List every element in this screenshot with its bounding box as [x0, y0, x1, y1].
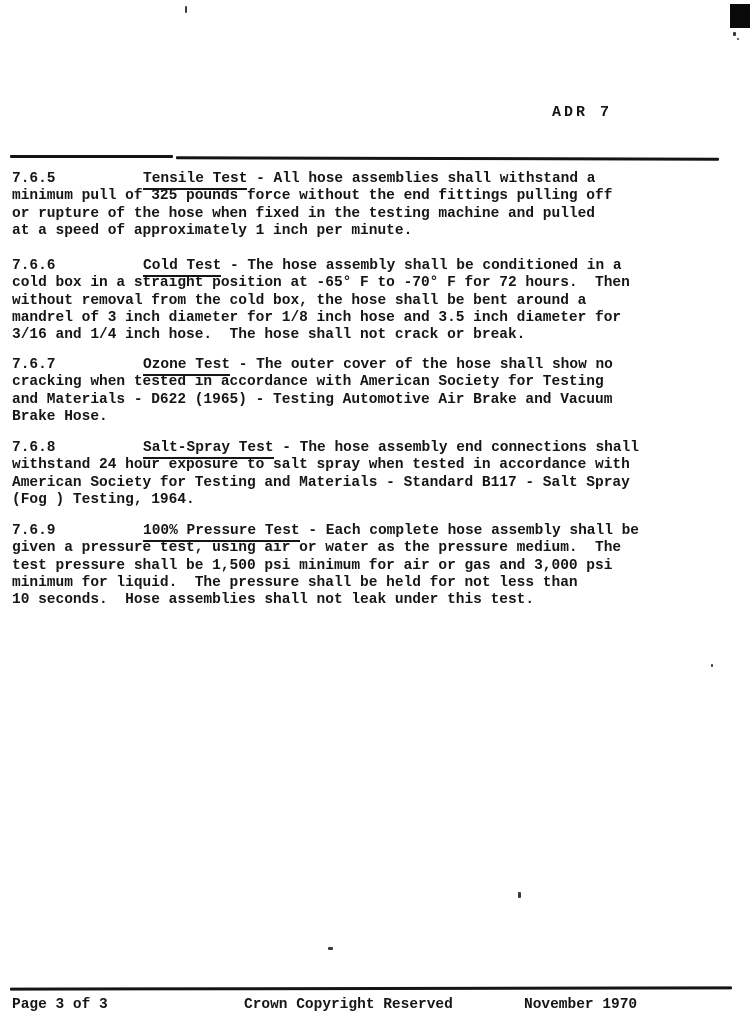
spec-section: 7.6.6Cold Test - The hose assembly shall… — [12, 258, 743, 344]
section-first-line: 7.6.5Tensile Test - All hose assemblies … — [12, 171, 743, 188]
footer-copyright: Crown Copyright Reserved — [244, 997, 453, 1013]
top-rule-segment — [176, 156, 719, 160]
section-body-line: 10 seconds. Hose assemblies shall not le… — [12, 592, 743, 609]
scan-noise-dot — [733, 32, 736, 36]
section-number: 7.6.7 — [12, 357, 143, 374]
section-body-line: cold box in a straight position at -65° … — [12, 275, 743, 292]
section-body-line: given a pressure test, using air or wate… — [12, 540, 743, 557]
section-first-line: 7.6.9100% Pressure Test - Each complete … — [12, 523, 743, 540]
section-body-line: 3/16 and 1/4 inch hose. The hose shall n… — [12, 327, 743, 344]
section-body-line: without removal from the cold box, the h… — [12, 293, 743, 310]
section-body-line: minimum pull of 325 pounds force without… — [12, 188, 743, 205]
scan-noise-dot — [185, 6, 187, 13]
section-title-underlined: Tensile Test — [143, 171, 247, 190]
scan-noise-dot — [737, 38, 739, 40]
section-body-line: or rupture of the hose when fixed in the… — [12, 206, 743, 223]
section-first-line: 7.6.8Salt-Spray Test - The hose assembly… — [12, 440, 743, 457]
scan-noise-dot — [328, 947, 333, 950]
section-first-line: 7.6.7Ozone Test - The outer cover of the… — [12, 357, 743, 374]
footer-rule — [10, 986, 732, 990]
section-body-line: (Fog ) Testing, 1964. — [12, 492, 743, 509]
section-intro-text: - All hose assemblies shall withstand a — [247, 171, 595, 187]
section-first-line: 7.6.6Cold Test - The hose assembly shall… — [12, 258, 743, 275]
section-intro-text: - The hose assembly end connections shal… — [274, 440, 639, 456]
section-title-underlined: Cold Test — [143, 258, 221, 277]
section-body-line: cracking when tested in accordance with … — [12, 374, 743, 391]
section-body-line: test pressure shall be 1,500 psi minimum… — [12, 558, 743, 575]
section-number: 7.6.6 — [12, 258, 143, 275]
section-number: 7.6.5 — [12, 171, 143, 188]
spec-section: 7.6.7Ozone Test - The outer cover of the… — [12, 357, 743, 426]
section-intro-text: - The outer cover of the hose shall show… — [230, 357, 613, 373]
section-body-line: at a speed of approximately 1 inch per m… — [12, 223, 743, 240]
footer-page-number: Page 3 of 3 — [12, 997, 108, 1013]
section-intro-text: - The hose assembly shall be conditioned… — [221, 258, 621, 274]
spec-section: 7.6.9100% Pressure Test - Each complete … — [12, 523, 743, 609]
scan-noise-dot — [518, 892, 521, 898]
section-title-underlined: 100% Pressure Test — [143, 523, 300, 542]
scan-noise-dot — [711, 664, 713, 667]
footer-date: November 1970 — [524, 997, 637, 1013]
section-number: 7.6.8 — [12, 440, 143, 457]
scanned-document-page: ADR 7 7.6.5Tensile Test - All hose assem… — [0, 0, 753, 1024]
section-number: 7.6.9 — [12, 523, 143, 540]
section-body-line: Brake Hose. — [12, 409, 743, 426]
section-title-underlined: Salt-Spray Test — [143, 440, 274, 459]
section-body-line: withstand 24 hour exposure to salt spray… — [12, 457, 743, 474]
scan-corner-mark — [730, 4, 750, 28]
section-body-line: American Society for Testing and Materia… — [12, 475, 743, 492]
top-rule-segment — [10, 155, 173, 158]
section-body-line: mandrel of 3 inch diameter for 1/8 inch … — [12, 310, 743, 327]
document-reference: ADR 7 — [552, 104, 612, 121]
section-body-line: and Materials - D622 (1965) - Testing Au… — [12, 392, 743, 409]
spec-section: 7.6.5Tensile Test - All hose assemblies … — [12, 171, 743, 240]
spec-section: 7.6.8Salt-Spray Test - The hose assembly… — [12, 440, 743, 509]
section-body-line: minimum for liquid. The pressure shall b… — [12, 575, 743, 592]
section-intro-text: - Each complete hose assembly shall be — [300, 523, 639, 539]
section-title-underlined: Ozone Test — [143, 357, 230, 376]
